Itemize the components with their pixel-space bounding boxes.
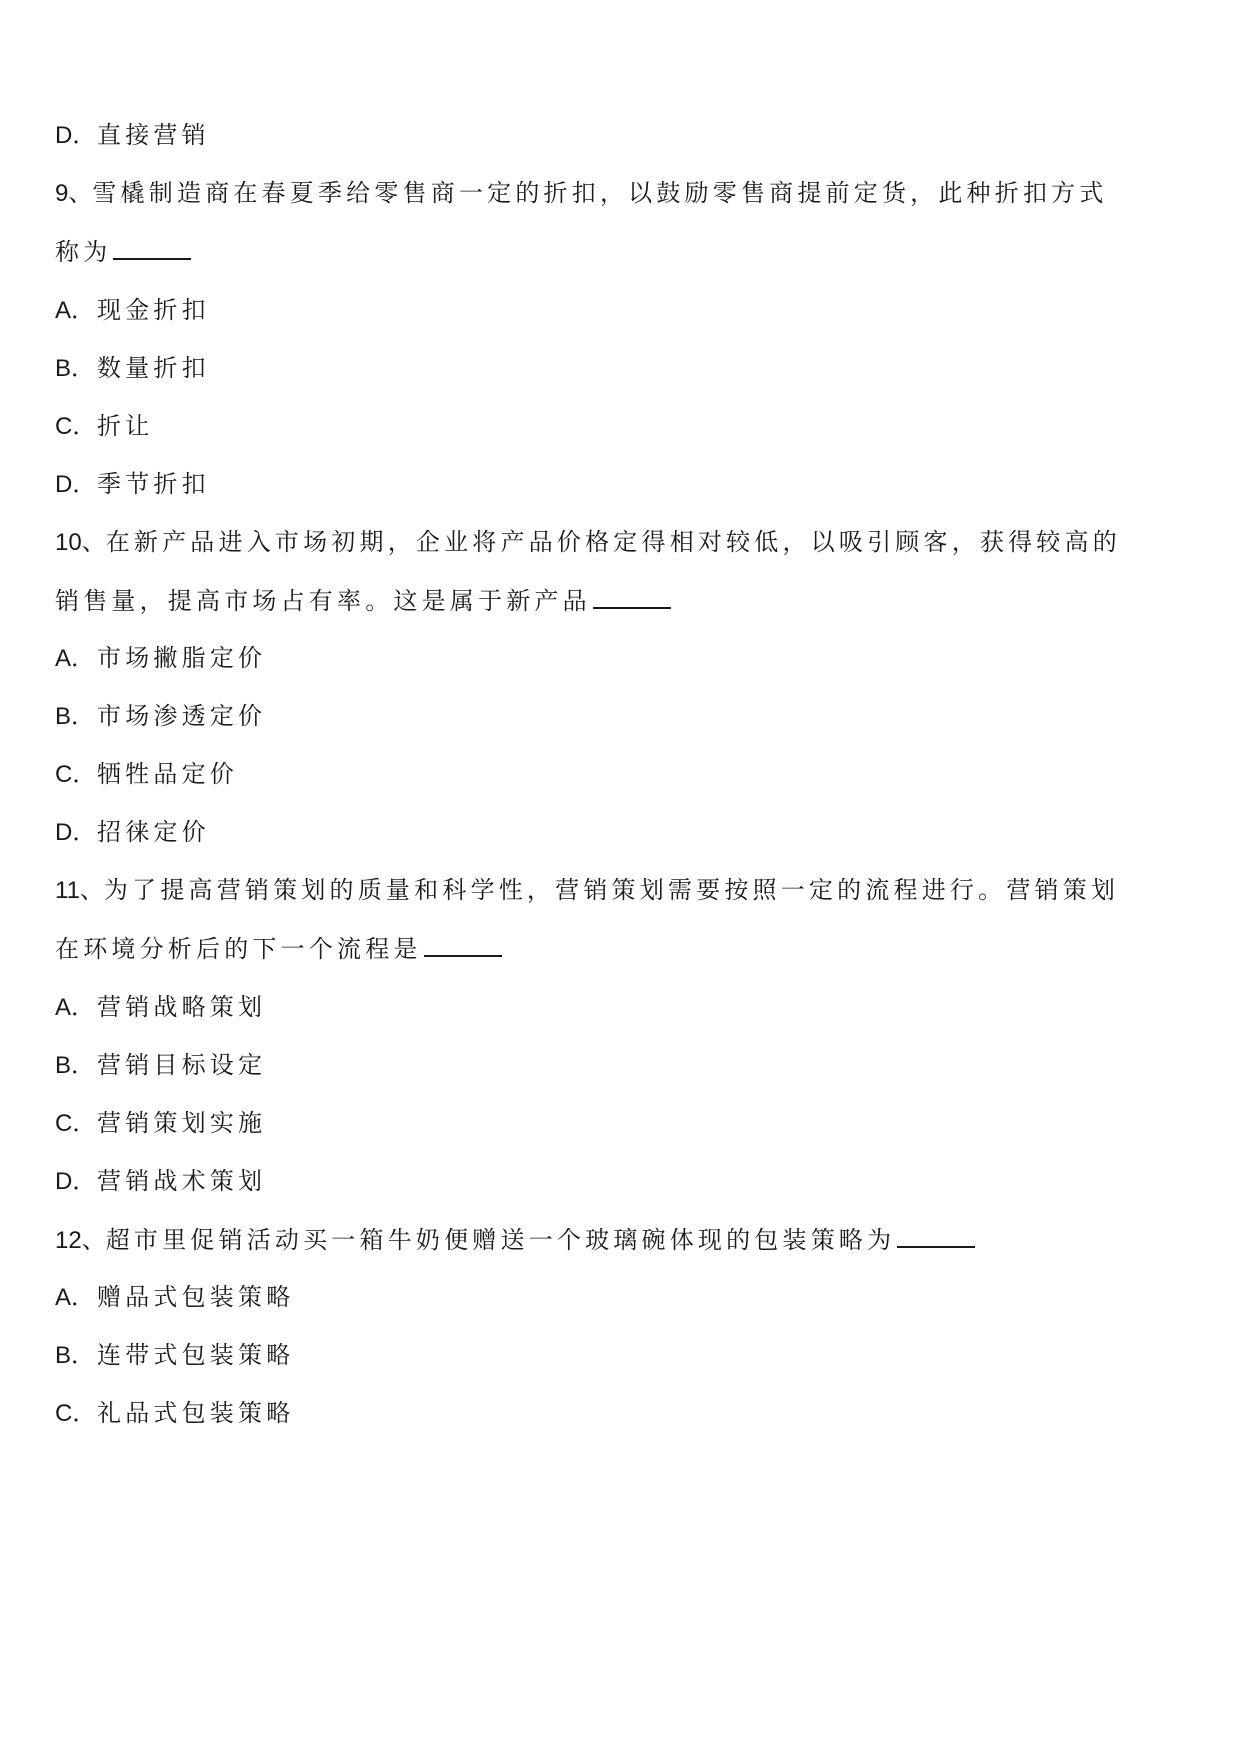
- option-letter: A．: [55, 993, 97, 1023]
- question-body: 销售量，提高市场占有率。这是属于新产品: [55, 587, 591, 615]
- option-letter: A．: [55, 644, 97, 674]
- option-text: 营销战术策划: [97, 1167, 266, 1195]
- question-text-continued: 称为: [55, 236, 191, 267]
- option-letter: B．: [55, 1341, 97, 1371]
- answer-blank: [424, 933, 502, 957]
- answer-option: D．直接营销: [55, 120, 210, 151]
- question-body: 在新产品进入市场初期，企业将产品价格定得相对较低，以吸引顾客，获得较高的: [106, 528, 1121, 556]
- answer-option: C．营销策划实施: [55, 1108, 266, 1139]
- answer-option: A．现金折扣: [55, 295, 210, 326]
- option-letter: C．: [55, 760, 97, 790]
- option-text: 折让: [97, 412, 153, 440]
- option-text: 市场渗透定价: [97, 702, 266, 730]
- answer-option: A．市场撇脂定价: [55, 643, 266, 674]
- option-letter: A．: [55, 296, 97, 326]
- question-number: 12、: [55, 1227, 106, 1254]
- answer-option: B．数量折扣: [55, 353, 210, 384]
- answer-option: D．招徕定价: [55, 817, 210, 848]
- answer-option: B．营销目标设定: [55, 1050, 266, 1081]
- question-body: 为了提高营销策划的质量和科学性，营销策划需要按照一定的流程进行。营销策划: [104, 876, 1119, 904]
- answer-option: A．营销战略策划: [55, 992, 266, 1023]
- question-text: 12、超市里促销活动买一箱牛奶便赠送一个玻璃碗体现的包装策略为: [55, 1224, 975, 1256]
- option-letter: B．: [55, 702, 97, 732]
- option-text: 直接营销: [97, 121, 210, 149]
- answer-option: C．牺牲品定价: [55, 759, 238, 790]
- option-letter: B．: [55, 354, 97, 384]
- question-text: 9、雪橇制造商在春夏季给零售商一定的折扣，以鼓励零售商提前定货，此种折扣方式: [55, 178, 1108, 209]
- answer-option: D．季节折扣: [55, 469, 210, 500]
- option-text: 营销策划实施: [97, 1109, 266, 1137]
- option-letter: B．: [55, 1051, 97, 1081]
- option-letter: A．: [55, 1283, 97, 1313]
- option-letter: D．: [55, 1167, 97, 1197]
- option-text: 礼品式包装策略: [97, 1399, 294, 1427]
- question-text: 10、在新产品进入市场初期，企业将产品价格定得相对较低，以吸引顾客，获得较高的: [55, 527, 1121, 558]
- option-text: 数量折扣: [97, 354, 210, 382]
- option-text: 赠品式包装策略: [97, 1283, 294, 1311]
- option-letter: C．: [55, 1109, 97, 1139]
- question-text: 11、为了提高营销策划的质量和科学性，营销策划需要按照一定的流程进行。营销策划: [55, 875, 1119, 906]
- answer-option: C．折让: [55, 411, 153, 442]
- option-text: 现金折扣: [97, 296, 210, 324]
- question-number: 10、: [55, 529, 106, 556]
- option-letter: D．: [55, 121, 97, 151]
- question-text-continued: 在环境分析后的下一个流程是: [55, 933, 502, 964]
- answer-blank: [897, 1224, 975, 1248]
- option-text: 招徕定价: [97, 818, 210, 846]
- answer-blank: [113, 236, 191, 260]
- question-body: 在环境分析后的下一个流程是: [55, 935, 422, 963]
- option-letter: D．: [55, 470, 97, 500]
- answer-option: B．连带式包装策略: [55, 1340, 294, 1371]
- option-text: 季节折扣: [97, 470, 210, 498]
- answer-blank: [593, 585, 671, 609]
- option-letter: C．: [55, 1399, 97, 1429]
- question-number: 11、: [55, 877, 104, 904]
- question-text-continued: 销售量，提高市场占有率。这是属于新产品: [55, 585, 671, 616]
- option-text: 牺牲品定价: [97, 760, 238, 788]
- answer-option: B．市场渗透定价: [55, 701, 266, 732]
- question-number: 9、: [55, 180, 92, 207]
- option-letter: C．: [55, 412, 97, 442]
- option-text: 营销目标设定: [97, 1051, 266, 1079]
- answer-option: D．营销战术策划: [55, 1166, 266, 1197]
- option-text: 连带式包装策略: [97, 1341, 294, 1369]
- question-body: 雪橇制造商在春夏季给零售商一定的折扣，以鼓励零售商提前定货，此种折扣方式: [92, 179, 1107, 207]
- answer-option: C．礼品式包装策略: [55, 1398, 294, 1429]
- question-body: 称为: [55, 238, 111, 266]
- question-body: 超市里促销活动买一箱牛奶便赠送一个玻璃碗体现的包装策略为: [106, 1226, 896, 1254]
- answer-option: A．赠品式包装策略: [55, 1282, 294, 1313]
- option-letter: D．: [55, 818, 97, 848]
- option-text: 市场撇脂定价: [97, 644, 266, 672]
- option-text: 营销战略策划: [97, 993, 266, 1021]
